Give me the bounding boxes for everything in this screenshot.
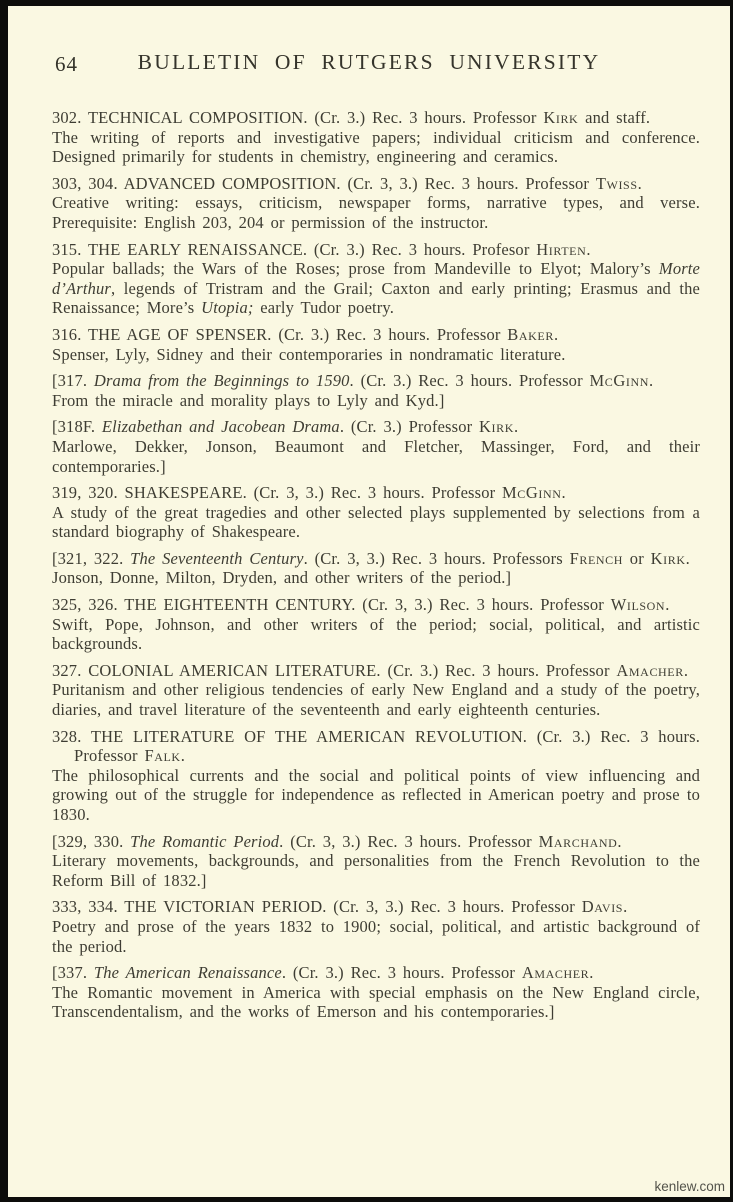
course-description: The philosophical currents and the socia… bbox=[52, 766, 700, 825]
course-heading: [317. Drama from the Beginnings to 1590.… bbox=[52, 371, 700, 391]
course-description: From the miracle and morality plays to L… bbox=[52, 391, 700, 411]
course-list: 302. TECHNICAL COMPOSITION. (Cr. 3.) Rec… bbox=[8, 82, 730, 1022]
course-description: Literary movements, backgrounds, and per… bbox=[52, 851, 700, 890]
course-entry: 327. COLONIAL AMERICAN LITERATURE. (Cr. … bbox=[52, 661, 700, 720]
course-heading: 325, 326. THE EIGHTEENTH CENTURY. (Cr. 3… bbox=[52, 595, 700, 615]
course-entry: [329, 330. The Romantic Period. (Cr. 3, … bbox=[52, 832, 700, 891]
course-heading: [337. The American Renaissance. (Cr. 3.)… bbox=[52, 963, 700, 983]
course-entry: 328. THE LITERATURE OF THE AMERICAN REVO… bbox=[52, 727, 700, 825]
course-heading: 327. COLONIAL AMERICAN LITERATURE. (Cr. … bbox=[52, 661, 700, 681]
course-entry: 325, 326. THE EIGHTEENTH CENTURY. (Cr. 3… bbox=[52, 595, 700, 654]
page-number: 64 bbox=[55, 52, 78, 77]
course-description: The writing of reports and investigative… bbox=[52, 128, 700, 167]
watermark: kenlew.com bbox=[654, 1179, 725, 1194]
course-description: Swift, Pope, Johnson, and other writers … bbox=[52, 615, 700, 654]
course-description: Spenser, Lyly, Sidney and their contempo… bbox=[52, 345, 700, 365]
course-description: Puritanism and other religious tendencie… bbox=[52, 680, 700, 719]
page-title: BULLETIN OF RUTGERS UNIVERSITY bbox=[8, 50, 730, 75]
course-heading: [329, 330. The Romantic Period. (Cr. 3, … bbox=[52, 832, 700, 852]
course-heading: 316. THE AGE OF SPENSER. (Cr. 3.) Rec. 3… bbox=[52, 325, 700, 345]
course-entry: 333, 334. THE VICTORIAN PERIOD. (Cr. 3, … bbox=[52, 897, 700, 956]
course-description: Marlowe, Dekker, Jonson, Beaumont and Fl… bbox=[52, 437, 700, 476]
course-entry: [321, 322. The Seventeenth Century. (Cr.… bbox=[52, 549, 700, 588]
course-heading: 315. THE EARLY RENAISSANCE. (Cr. 3.) Rec… bbox=[52, 240, 700, 260]
course-heading: 303, 304. ADVANCED COMPOSITION. (Cr. 3, … bbox=[52, 174, 700, 194]
course-entry: 302. TECHNICAL COMPOSITION. (Cr. 3.) Rec… bbox=[52, 108, 700, 167]
course-description: A study of the great tragedies and other… bbox=[52, 503, 700, 542]
course-description: Jonson, Donne, Milton, Dryden, and other… bbox=[52, 568, 700, 588]
page-header: 64 BULLETIN OF RUTGERS UNIVERSITY bbox=[8, 50, 730, 82]
course-heading: [318F. Elizabethan and Jacobean Drama. (… bbox=[52, 417, 700, 437]
course-heading: 302. TECHNICAL COMPOSITION. (Cr. 3.) Rec… bbox=[52, 108, 700, 128]
course-entry: 315. THE EARLY RENAISSANCE. (Cr. 3.) Rec… bbox=[52, 240, 700, 318]
course-entry: [317. Drama from the Beginnings to 1590.… bbox=[52, 371, 700, 410]
course-heading: 328. THE LITERATURE OF THE AMERICAN REVO… bbox=[52, 727, 700, 766]
course-description: The Romantic movement in America with sp… bbox=[52, 983, 700, 1022]
course-entry: 316. THE AGE OF SPENSER. (Cr. 3.) Rec. 3… bbox=[52, 325, 700, 364]
course-heading: [321, 322. The Seventeenth Century. (Cr.… bbox=[52, 549, 700, 569]
scanned-page: 64 BULLETIN OF RUTGERS UNIVERSITY 302. T… bbox=[0, 0, 733, 1202]
course-entry: [318F. Elizabethan and Jacobean Drama. (… bbox=[52, 417, 700, 476]
course-description: Popular ballads; the Wars of the Roses; … bbox=[52, 259, 700, 318]
course-description: Poetry and prose of the years 1832 to 19… bbox=[52, 917, 700, 956]
course-heading: 333, 334. THE VICTORIAN PERIOD. (Cr. 3, … bbox=[52, 897, 700, 917]
course-entry: 303, 304. ADVANCED COMPOSITION. (Cr. 3, … bbox=[52, 174, 700, 233]
course-entry: [337. The American Renaissance. (Cr. 3.)… bbox=[52, 963, 700, 1022]
course-entry: 319, 320. SHAKESPEARE. (Cr. 3, 3.) Rec. … bbox=[52, 483, 700, 542]
course-heading: 319, 320. SHAKESPEARE. (Cr. 3, 3.) Rec. … bbox=[52, 483, 700, 503]
course-description: Creative writing: essays, criticism, new… bbox=[52, 193, 700, 232]
